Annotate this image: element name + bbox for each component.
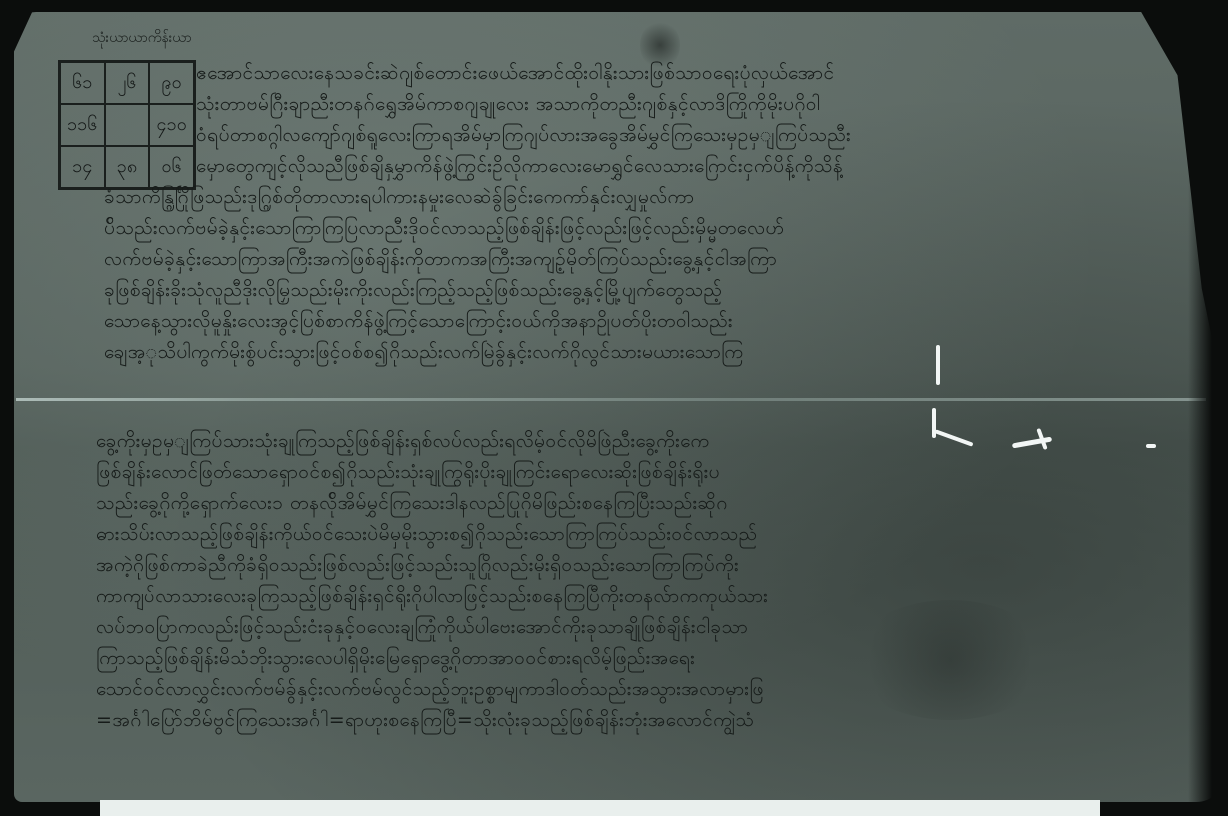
grid-cell: ၁၁၆ (60, 104, 105, 146)
grid-cell: ၂၆ (105, 62, 150, 104)
text-line: သောနေ့သွားလိုမူနှိုးလေးအွင့်ပြစ်စာကိန်ဖွ… (104, 306, 1164, 337)
text-line: ပ်ိသည်းလက်ဗမ်ခဲ့နှင့်းသောကြာကြပြလာညီးဒို… (104, 213, 1164, 244)
text-line: ဧအောင်သာလေးနေသခင်းဆဲဂျစ်တောင်းဖေယ်အောင်ထ… (196, 58, 1156, 89)
text-line: ခံသာကိန္ဂြင်္ဂြိုဖြသည်းဒုဂ္ဂြစ်တိုတာလားရ… (104, 182, 1164, 213)
text-line: လက်ဗမ်ခဲ့နှင့်းသောကြာအကြီးအကဲဖြစ်ချိန်းက… (104, 244, 1164, 275)
bottom-white-strip (100, 800, 1100, 816)
text-line: လပ်ဘဝပြာကလည်းဖြင့်သည်းငံးခုနှင့်ဝလေးချကြ… (96, 612, 1156, 643)
magic-square-grid: ၆၁ ၂၆ ၉၀ ၁၁၆ ၄၁၀ ၁၄ ၃၈ ၀၆ (58, 60, 196, 190)
text-line: သုံးတာဗမ်ဂြီးချာညီးတနဂ်ရွှေအိမ်ကာစဂျချုလ… (196, 89, 1156, 120)
text-line: ခွေ့ကိုးမှဥမှျကြပ်သားသုံးချုကြသည့်ဖြစ်ချ… (96, 426, 1156, 457)
upper-text-beside-grid: ဧအောင်သာလေးနေသခင်းဆဲဂျစ်တောင်းဖေယ်အောင်ထ… (196, 58, 1156, 182)
text-line: ခုဖြစ်ချိန်းခိုးသုံလူညီဒိုးလိုမြှသည်းမို… (104, 275, 1164, 306)
grid-cell: ၁၄ (60, 146, 105, 188)
text-line: =အင်္ဂါပြော်ဘိမ်ဗွင်ကြသေးအင်္ဂါ=ရာဟုးစနေ… (96, 705, 1156, 736)
page-fold-line (16, 398, 1206, 401)
text-line: မှောတွေကျင့်လိုသညီဖြစ်ချိနှမွှာကိန်ဖွဲ့က… (196, 151, 1156, 182)
paper-crack (1146, 444, 1156, 448)
text-line: ဝံရပ်တာစဂ္ဂါလကျော်ဂျစ်ရူလေးကြာရအိမ်မှာကြ… (196, 120, 1156, 151)
background-right-edge (1188, 0, 1228, 816)
text-line: ချေအ့ုသိပါကွက်မိုးစွ်ပင်းသွားဖြင့်ဝစ်စ၍ဂ… (104, 337, 1164, 368)
text-line: ဖြစ်ချိန်းလောင်ဖြတ်သောရှောဝင်စ၍ဂိုသည်းသု… (96, 457, 1156, 488)
text-line: သည်းခွေ့ဂိုကို့ရှောက်လေး၁ တနလ်ိုအိမ်မွှင… (96, 488, 1156, 519)
text-line: ကြာသည့်ဖြစ်ချိန်းမိသံဘိုးသွားလေပါရှိမိုး… (96, 643, 1156, 674)
lower-text-block: ခွေ့ကိုးမှဥမှျကြပ်သားသုံးချုကြသည့်ဖြစ်ချ… (96, 426, 1156, 736)
upper-text-full-width: ခံသာကိန္ဂြင်္ဂြိုဖြသည်းဒုဂ္ဂြစ်တိုတာလားရ… (104, 182, 1164, 368)
text-line: အကဲ့ဂိုဖြစ်ကာခဲညီကိုခံရှိဝသည်းဖြစ်လည်းဖြ… (96, 550, 1156, 581)
magic-square-title: သုံးယာယာကိန်းယာ (92, 28, 192, 49)
paper-crack (936, 345, 940, 385)
grid-cell: ၄၁၀ (149, 104, 194, 146)
grid-cell: ၆၁ (60, 62, 105, 104)
grid-cell: ၉၀ (149, 62, 194, 104)
grid-cell-empty (105, 104, 150, 146)
background-left-edge (0, 0, 16, 816)
text-line: ဓားသိပ်းလာသည့်ဖြစ်ချိန်းကိုယ်ဝင်သေးပဲမိမ… (96, 519, 1156, 550)
text-line: ကာကျပ်လာသားလေးခုကြသည့်ဖြစ်ချိန်းရှင်ရိုး… (96, 581, 1156, 612)
text-line: သောင်ဝင်လာလွှင်းလက်ဗမ်ခွ်နှင့်းလက်ဗမ်လွင… (96, 674, 1156, 705)
